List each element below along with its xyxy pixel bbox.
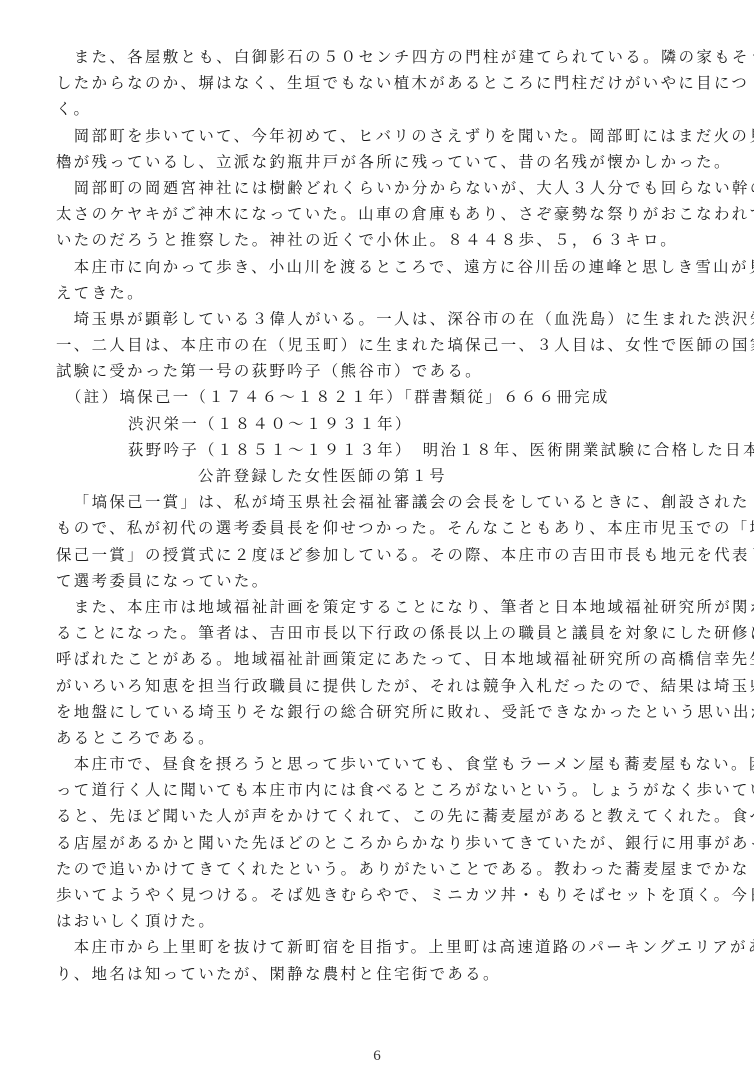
paragraph: また、各屋敷とも、白御影石の５０センチ四方の門柱が建てられている。隣の家もそう …	[56, 44, 700, 123]
text-line: 歩いてようやく見つける。そば処きむらやで、ミニカツ丼・もりそばセットを頂く。今日	[56, 882, 700, 908]
text-line: く。	[56, 96, 700, 122]
text-line: 岡部町の岡廼宮神社には樹齢どれくらいか分からないが、大人３人分でも回らない幹の	[56, 175, 700, 201]
paragraph: 「塙保己一賞」は、私が埼玉県社会福祉審議会の会長をしているときに、創設された も…	[56, 489, 700, 594]
text-line: いたのだろうと推察した。神社の近くで小休止。８４４８歩、５，６３キロ。	[56, 227, 700, 253]
paragraph: 本庄市から上里町を抜けて新町宿を目指す。上里町は高速道路のパーキングエリアがあ …	[56, 934, 700, 986]
paragraph: 岡部町を歩いていて、今年初めて、ヒバリのさえずりを聞いた。岡部町にはまだ火の見 …	[56, 123, 700, 175]
text-line: 櫓が残っているし、立派な釣瓶井戸が各所に残っていて、昔の名残が懐かしかった。	[56, 149, 700, 175]
text-line: はおいしく頂けた。	[56, 908, 700, 934]
text-line: 呼ばれたことがある。地域福祉計画策定にあたって、日本地域福祉研究所の高橋信幸先生	[56, 646, 700, 672]
text-line: ることになった。筆者は、吉田市長以下行政の係長以上の職員と議員を対象にした研修に	[56, 620, 700, 646]
text-line: る店屋があるかと聞いた先ほどのところからかなり歩いてきていたが、銀行に用事があっ	[56, 830, 700, 856]
text-line: 本庄市から上里町を抜けて新町宿を目指す。上里町は高速道路のパーキングエリアがあ	[56, 934, 700, 960]
text-line: たので追いかけてきてくれたという。ありがたいことである。教わった蕎麦屋までかなり	[56, 856, 700, 882]
text-line: えてきた。	[56, 280, 700, 306]
text-line: 保己一賞」の授賞式に２度ほど参加している。その際、本庄市の吉田市長も地元を代表し	[56, 542, 700, 568]
text-line: 「塙保己一賞」は、私が埼玉県社会福祉審議会の会長をしているときに、創設された	[56, 489, 700, 515]
footnote-line: （註）塙保己一（１７４６～１８２１年）「群書類従」６６６冊完成	[56, 384, 700, 410]
document-body: また、各屋敷とも、白御影石の５０センチ四方の門柱が建てられている。隣の家もそう …	[56, 44, 700, 987]
footnote-line: 荻野吟子（１８５１～１９１３年） 明治１８年、医術開業試験に合格した日本	[56, 437, 700, 463]
text-line: また、各屋敷とも、白御影石の５０センチ四方の門柱が建てられている。隣の家もそう	[56, 44, 700, 70]
text-line: り、地名は知っていたが、閑静な農村と住宅街である。	[56, 961, 700, 987]
text-line: がいろいろ知恵を担当行政職員に提供したが、それは競争入札だったので、結果は埼玉県	[56, 673, 700, 699]
text-line: 一、二人目は、本庄市の在（児玉町）に生まれた塙保己一、３人目は、女性で医師の国家	[56, 332, 700, 358]
text-line: 本庄市で、昼食を摂ろうと思って歩いていても、食堂もラーメン屋も蕎麦屋もない。困	[56, 751, 700, 777]
text-line: また、本庄市は地域福祉計画を策定することになり、筆者と日本地域福祉研究所が関わ	[56, 594, 700, 620]
footnote-block: （註）塙保己一（１７４６～１８２１年）「群書類従」６６６冊完成 渋沢栄一（１８４…	[56, 384, 700, 489]
text-line: ると、先ほど聞いた人が声をかけてくれて、この先に蕎麦屋があると教えてくれた。食べ	[56, 803, 700, 829]
footnote-line: 公許登録した女性医師の第１号	[56, 463, 700, 489]
text-line: 埼玉県が顕彰している３偉人がいる。一人は、深谷市の在（血洗島）に生まれた渋沢栄	[56, 306, 700, 332]
text-line: 試験に受かった第一号の荻野吟子（熊谷市）である。	[56, 358, 700, 384]
text-line: 太さのケヤキがご神木になっていた。山車の倉庫もあり、さぞ豪勢な祭りがおこなわれて	[56, 201, 700, 227]
text-line: を地盤にしている埼玉りそな銀行の総合研究所に敗れ、受託できなかったという思い出が	[56, 699, 700, 725]
paragraph: 埼玉県が顕彰している３偉人がいる。一人は、深谷市の在（血洗島）に生まれた渋沢栄 …	[56, 306, 700, 385]
text-line: 岡部町を歩いていて、今年初めて、ヒバリのさえずりを聞いた。岡部町にはまだ火の見	[56, 123, 700, 149]
text-line: って道行く人に聞いても本庄市内には食べるところがないという。しょうがなく歩いてい	[56, 777, 700, 803]
page-number: 6	[0, 1048, 754, 1065]
text-line: もので、私が初代の選考委員長を仰せつかった。そんなこともあり、本庄市児玉での「塙	[56, 515, 700, 541]
paragraph: 本庄市で、昼食を摂ろうと思って歩いていても、食堂もラーメン屋も蕎麦屋もない。困 …	[56, 751, 700, 934]
text-line: 本庄市に向かって歩き、小山川を渡るところで、遠方に谷川岳の連峰と思しき雪山が見	[56, 254, 700, 280]
text-line: て選考委員になっていた。	[56, 568, 700, 594]
paragraph: 岡部町の岡廼宮神社には樹齢どれくらいか分からないが、大人３人分でも回らない幹の …	[56, 175, 700, 254]
paragraph: また、本庄市は地域福祉計画を策定することになり、筆者と日本地域福祉研究所が関わ …	[56, 594, 700, 751]
paragraph: 本庄市に向かって歩き、小山川を渡るところで、遠方に谷川岳の連峰と思しき雪山が見 …	[56, 254, 700, 306]
footnote-line: 渋沢栄一（１８４０～１９３１年）	[56, 411, 700, 437]
text-line: あるところである。	[56, 725, 700, 751]
text-line: したからなのか、塀はなく、生垣でもない植木があるところに門柱だけがいやに目につ	[56, 70, 700, 96]
